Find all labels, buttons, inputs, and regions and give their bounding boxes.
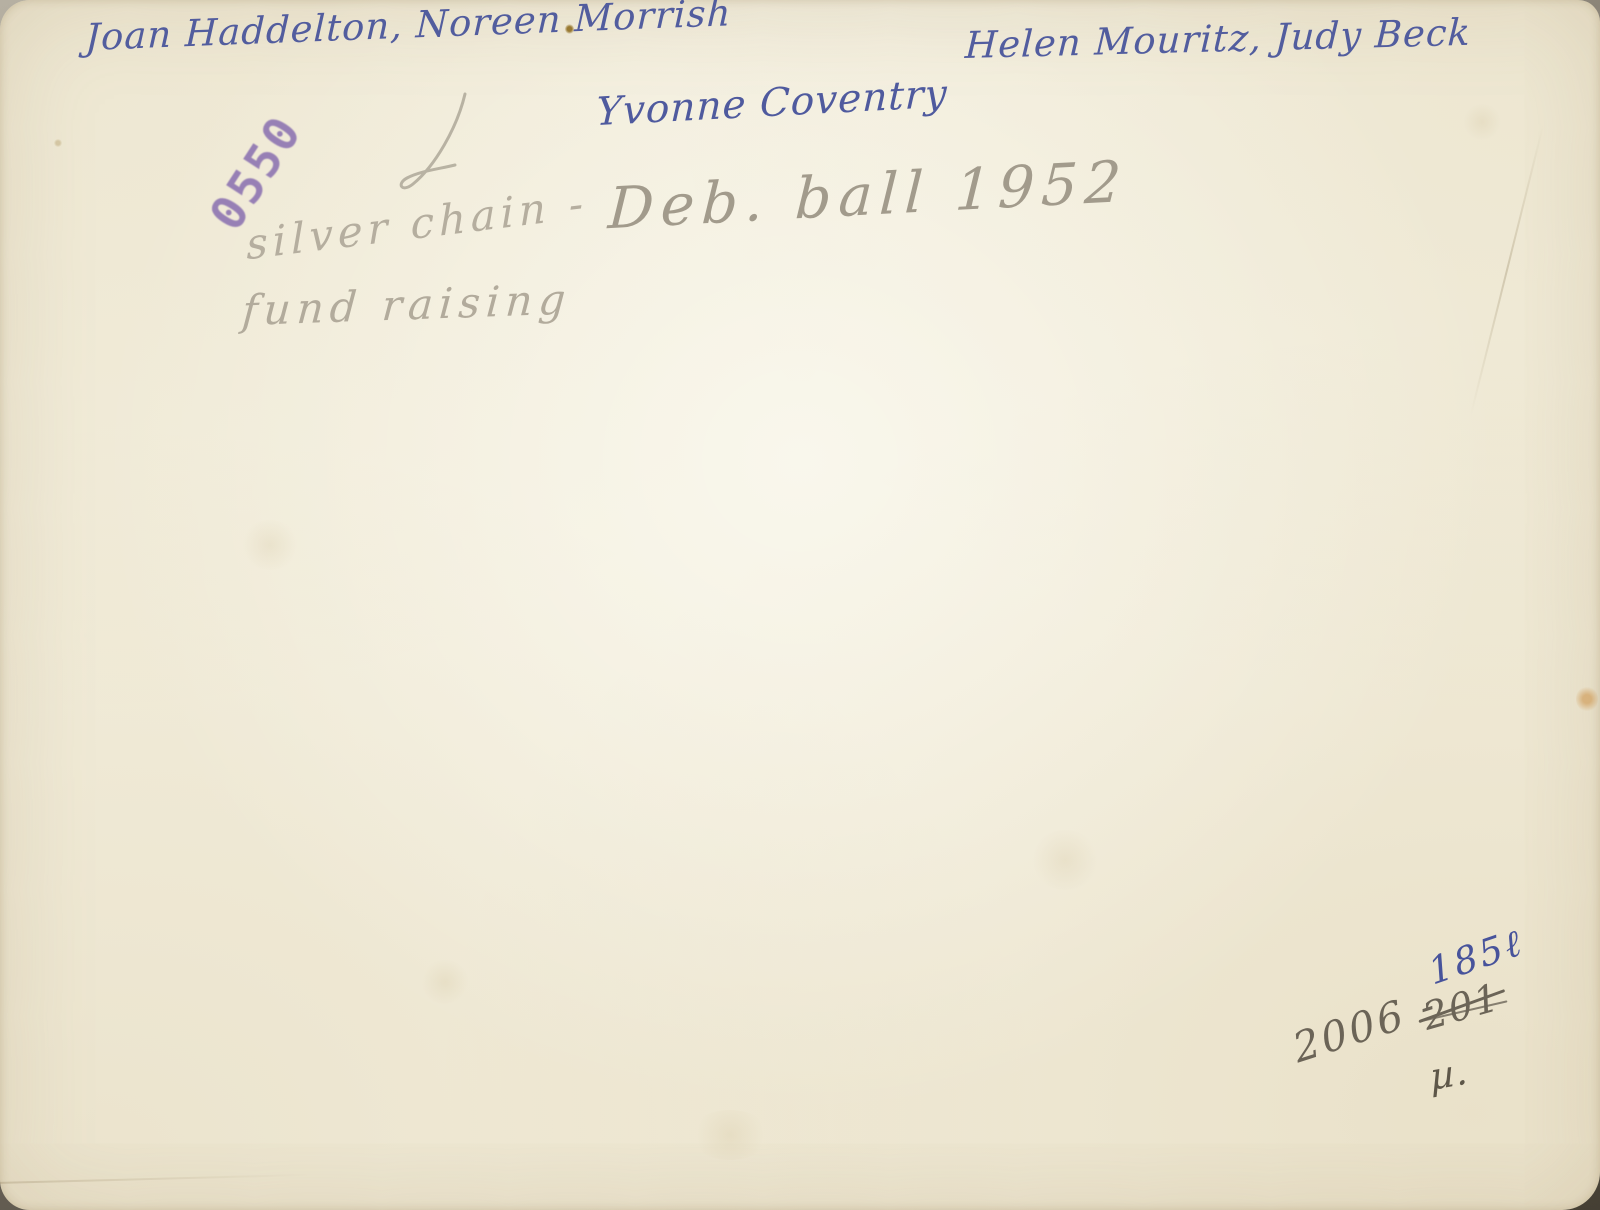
cataloger-initial: µ. xyxy=(1428,1049,1471,1099)
pencil-down-arrow-mark xyxy=(383,86,483,204)
scanned-photo-back: Joan Haddelton, Noreen Morrish Helen Mou… xyxy=(0,0,1600,1210)
